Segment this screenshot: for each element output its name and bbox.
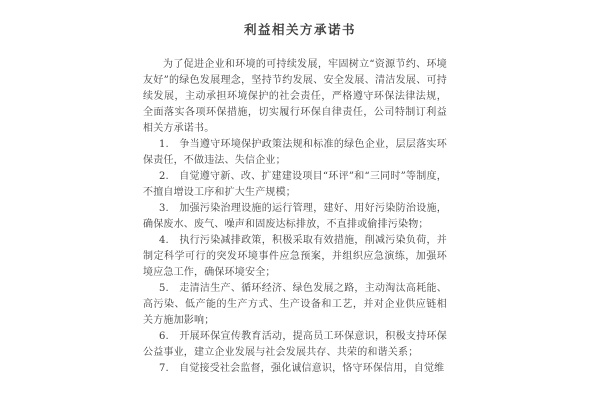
commitment-item-6: 6. 开展环保宣传教育活动，提高员工环保意识，积极支持环保公益事业，建立企业发展… <box>143 329 447 361</box>
document-title: 利益相关方承诺书 <box>0 20 600 38</box>
intro-paragraph: 为了促进企业和环境的可持续发展，牢固树立“资源节约、环境友好”的绿色发展理念，坚… <box>143 57 447 137</box>
commitment-item-4: 4. 执行污染减排政策，积极采取有效措施，削减污染负荷，并制定科学可行的突发环境… <box>143 233 447 281</box>
document-body: 为了促进企业和环境的可持续发展，牢固树立“资源节约、环境友好”的绿色发展理念，坚… <box>143 57 447 377</box>
commitment-item-1: 1. 争当遵守环境保护政策法规和标准的绿色企业，层层落实环保责任，不做违法、失信… <box>143 137 447 169</box>
commitment-item-7: 7. 自觉接受社会监督，强化诚信意识，恪守环保信用，自觉维 <box>143 361 447 377</box>
commitment-item-2: 2. 自觉遵守新、改、扩建建设项目“环评”和“三同时”等制度，不擅自增设工序和扩… <box>143 169 447 201</box>
commitment-item-5: 5. 走清洁生产、循环经济、绿色发展之路，主动淘汰高耗能、高污染、低产能的生产方… <box>143 281 447 329</box>
document-page: 利益相关方承诺书 为了促进企业和环境的可持续发展，牢固树立“资源节约、环境友好”… <box>0 0 600 400</box>
commitment-item-3: 3. 加强污染治理设施的运行管理，建好、用好污染防治设施，确保废水、废气、噪声和… <box>143 201 447 233</box>
